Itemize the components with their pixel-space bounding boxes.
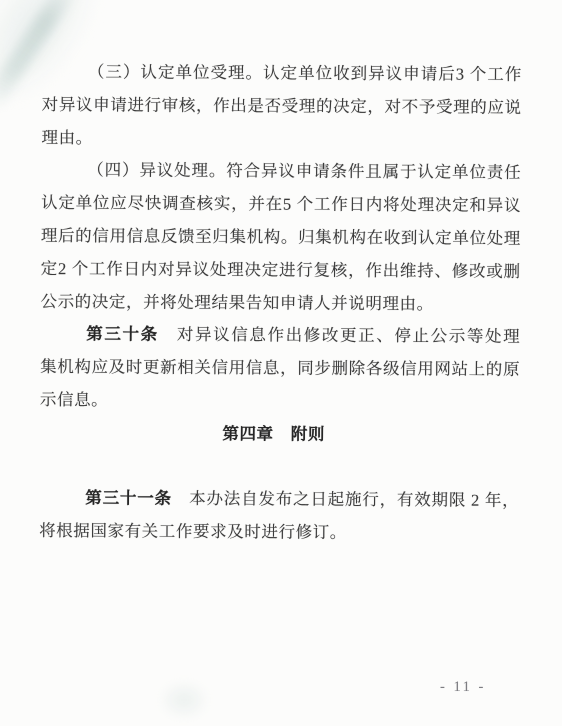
text-segment: 公示的决定，并将处理结果告知申请人并说明理由。 <box>40 292 433 313</box>
text-segment: （四）异议处理。符合异议申请条件且属于认定单位责任的， <box>87 161 521 190</box>
text-line: （四）异议处理。符合异议申请条件且属于认定单位责任的， <box>41 154 521 190</box>
article-number: 第三十一条 <box>85 489 172 509</box>
text-line: 公示的决定，并将处理结果告知申请人并说明理由。 <box>40 286 520 322</box>
document-text-block: （三）认定单位受理。认定单位收到异议申请后3 个工作日内对异议申请进行审核，作出… <box>39 56 522 551</box>
text-segment: 认定单位应尽快调查核实，并在5 个工作日内将处理决定和异议处 <box>41 193 521 223</box>
text-line: 对异议申请进行审核，作出是否受理的决定，对不予受理的应说明 <box>42 89 522 125</box>
text-segment: 将根据国家有关工作要求及时进行修订。 <box>39 521 347 542</box>
text-line: 示信息。 <box>40 384 520 420</box>
chapter-heading: 第四章 附则 <box>40 417 520 453</box>
text-line: 认定单位应尽快调查核实，并在5 个工作日内将处理决定和异议处 <box>41 187 521 223</box>
text-line: 理后的信用信息反馈至归集机构。归集机构在收到认定单位处理决 <box>41 220 521 256</box>
text-line: 将根据国家有关工作要求及时进行修订。 <box>39 515 519 551</box>
text-line: 第三十一条 本办法自发布之日起施行，有效期限 2 年，并 <box>39 482 519 518</box>
text-segment: 理后的信用信息反馈至归集机构。归集机构在收到认定单位处理决 <box>41 226 521 256</box>
scan-smudge-artifact <box>162 683 206 717</box>
text-line: 定2 个工作日内对异议处理决定进行复核，作出维持、修改或删除 <box>41 253 521 289</box>
blank-line <box>39 450 519 486</box>
text-line: 集机构应及时更新相关信用信息，同步删除各级信用网站上的原公 <box>40 351 520 387</box>
page-number: - 11 - <box>440 679 486 696</box>
text-segment: 对异议申请进行审核，作出是否受理的决定，对不予受理的应说明 <box>42 95 522 125</box>
article-number: 第四章 附则 <box>222 424 325 444</box>
article-number: 第三十条 <box>86 325 159 344</box>
text-line: （三）认定单位受理。认定单位收到异议申请后3 个工作日内 <box>42 56 522 92</box>
scanned-document-page: （三）认定单位受理。认定单位收到异议申请后3 个工作日内对异议申请进行审核，作出… <box>0 0 562 726</box>
text-segment: 定2 个工作日内对异议处理决定进行复核，作出维持、修改或删除 <box>41 259 521 289</box>
text-line: 第三十条 对异议信息作出修改更正、停止公示等处理的，归 <box>40 318 520 354</box>
text-segment: 理由。 <box>41 128 92 147</box>
text-segment: 示信息。 <box>40 390 109 409</box>
text-segment: （三）认定单位受理。认定单位收到异议申请后3 个工作日内 <box>88 62 522 91</box>
text-segment: 集机构应及时更新相关信用信息，同步删除各级信用网站上的原公 <box>40 357 520 387</box>
text-line: 理由。 <box>41 122 521 158</box>
